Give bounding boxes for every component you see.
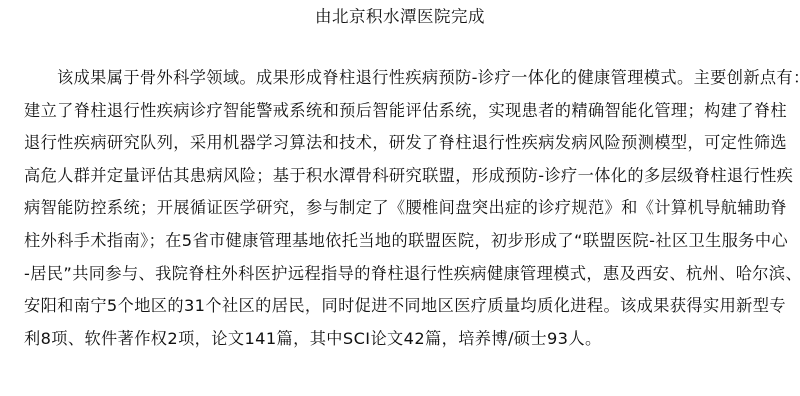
paragraph-line: 安阳和南宁5个地区的31个社区的居民，同时促进不同地区医疗质量均质化进程。该成果… xyxy=(24,290,780,323)
document-title: 由北京积水潭医院完成 xyxy=(0,6,800,28)
paragraph-line: 退行性疾病研究队列，采用机器学习算法和技术，研发了脊柱退行性疾病发病风险预测模型… xyxy=(24,127,780,160)
paragraph-line: 利8项、软件著作权2项，论文141篇，其中SCI论文42篇，培养博/硕士93人。 xyxy=(24,323,780,356)
paragraph-line: 建立了脊柱退行性疾病诊疗智能警戒系统和预后智能评估系统，实现患者的精确智能化管理… xyxy=(24,95,780,128)
body-paragraph: 该成果属于骨外科学领域。成果形成脊柱退行性疾病预防-诊疗一体化的健康管理模式。主… xyxy=(24,62,780,355)
paragraph-line: 柱外科手术指南》；在5省市健康管理基地依托当地的联盟医院，初步形成了“联盟医院-… xyxy=(24,225,780,258)
paragraph-line: -居民”共同参与、我院脊柱外科医护远程指导的脊柱退行性疾病健康管理模式，惠及西安… xyxy=(24,258,780,291)
paragraph-line: 该成果属于骨外科学领域。成果形成脊柱退行性疾病预防-诊疗一体化的健康管理模式。主… xyxy=(24,62,780,95)
paragraph-line: 高危人群并定量评估其患病风险；基于积水潭骨科研究联盟，形成预防-诊疗一体化的多层… xyxy=(24,160,780,193)
paragraph-line: 病智能防控系统；开展循证医学研究，参与制定了《腰椎间盘突出症的诊疗规范》和《计算… xyxy=(24,192,780,225)
document-page: 由北京积水潭医院完成 该成果属于骨外科学领域。成果形成脊柱退行性疾病预防-诊疗一… xyxy=(0,0,800,396)
